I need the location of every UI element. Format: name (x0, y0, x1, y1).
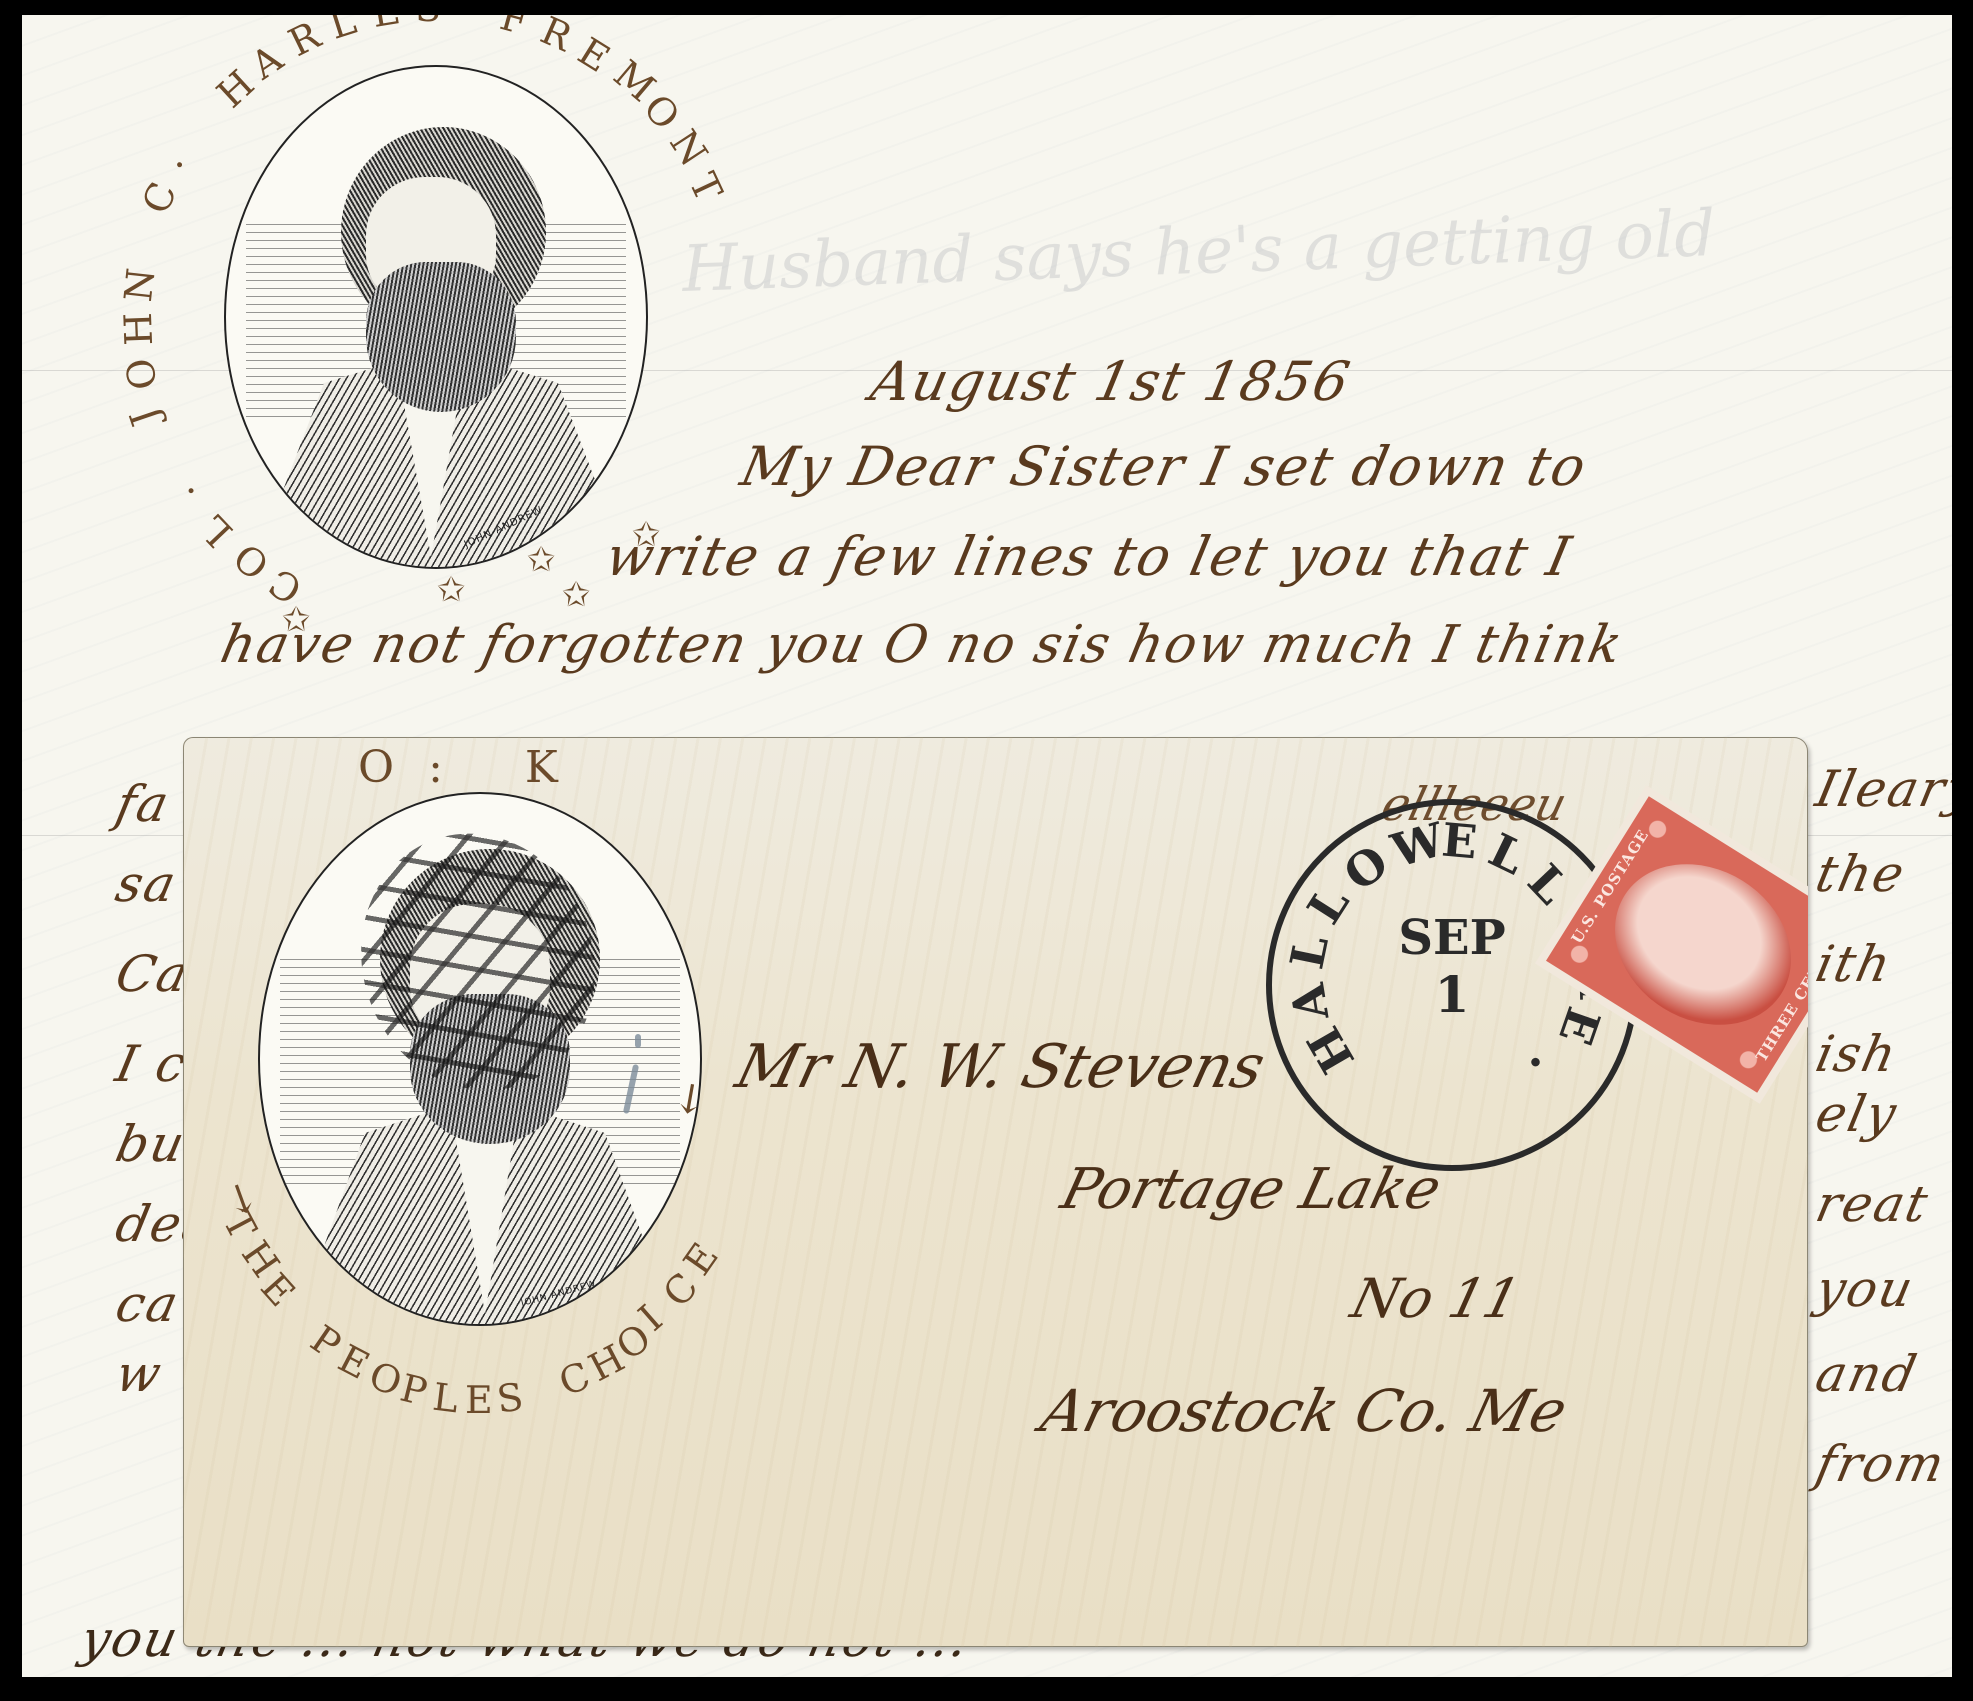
arc-letter: S (415, 15, 442, 30)
postmark-letter: W (1385, 812, 1449, 878)
arc-letter: . (148, 142, 192, 175)
letter-fragment: fa (111, 775, 176, 833)
star-icon: ✩ (527, 540, 556, 580)
arc-letter: . (161, 479, 204, 514)
letter-fragment: ish (1811, 1025, 1903, 1083)
address-line-2: Portage Lake (1055, 1157, 1447, 1222)
arc-letter: J (121, 403, 168, 432)
portrait-beard (366, 262, 516, 412)
letter-fragment: ca (111, 1275, 185, 1333)
arc-letter: E (570, 29, 617, 81)
arc-letter: H (208, 62, 262, 117)
arc-letter: L (192, 507, 241, 556)
arc-letter: R (282, 15, 327, 65)
arc-letter: E (465, 1378, 493, 1422)
envelope-cover: O: K JOHN ANDREW ↓ ↓ THE PEOPLES CHOICE … (183, 737, 1808, 1647)
star-icon: ✩ (562, 575, 591, 615)
arc-letter: N (116, 266, 163, 304)
postmark-letter: L (1517, 854, 1578, 915)
pencil-dot (635, 1034, 641, 1048)
letter-fragment: from (1811, 1435, 1951, 1493)
postmark-letter: E (1440, 812, 1480, 869)
arc-letter: L (430, 1374, 460, 1421)
arc-letter: O (117, 355, 166, 394)
letter-fragment: you (1811, 1260, 1920, 1318)
letter-line: My Dear Sister I set down to (735, 435, 1593, 498)
arc-letter: S (495, 1374, 526, 1421)
letter-fragment: and (1811, 1345, 1923, 1403)
bleed-through-text: Husband says he's a getting old (681, 197, 1716, 307)
letter-fragment: ith (1811, 935, 1898, 993)
postmark-letter: H (1296, 1018, 1364, 1083)
arc-letter: H (116, 312, 161, 347)
letter-fragment: w (111, 1345, 168, 1403)
letter-fragment: reat (1811, 1175, 1935, 1233)
letter-fragment: Ileary (1811, 760, 1952, 818)
letter-line: write a few lines to let you that I (600, 525, 1578, 588)
arrow-ornament-icon: ↓ (669, 1074, 710, 1125)
arc-letter: E (369, 15, 404, 36)
arc-letter: R (534, 15, 578, 60)
letter-fragment: bu (111, 1115, 192, 1173)
letter-fragment: sa (111, 855, 183, 913)
portrait-oval: JOHN-ANDREW (224, 65, 648, 569)
address-line-3: No 11 (1345, 1267, 1526, 1330)
address-recipient: Mr N. W. Stevens (729, 1032, 1271, 1102)
letter-fragment: I c (111, 1035, 193, 1093)
letter-fragment: the (1811, 845, 1911, 903)
arc-letter: F (496, 15, 533, 44)
arc-letter: T (681, 166, 732, 208)
address-line-4: Aroostock Co. Me (1035, 1377, 1574, 1445)
envelope-ok-mark: O: K (358, 742, 592, 793)
postmark-letter: L (1481, 823, 1534, 886)
letter-fragment: ely (1811, 1085, 1903, 1143)
postmark-letter: O (1334, 834, 1398, 901)
arc-letter: N (661, 122, 716, 174)
letter-line: have not forgotten you O no sis how much… (216, 615, 1629, 675)
arc-letter: C (133, 177, 185, 221)
arc-letter: L (324, 15, 361, 47)
letter-date: August 1st 1856 (865, 350, 1356, 413)
star-icon: ✩ (437, 570, 466, 610)
postmark-letter: . (1519, 1046, 1571, 1093)
